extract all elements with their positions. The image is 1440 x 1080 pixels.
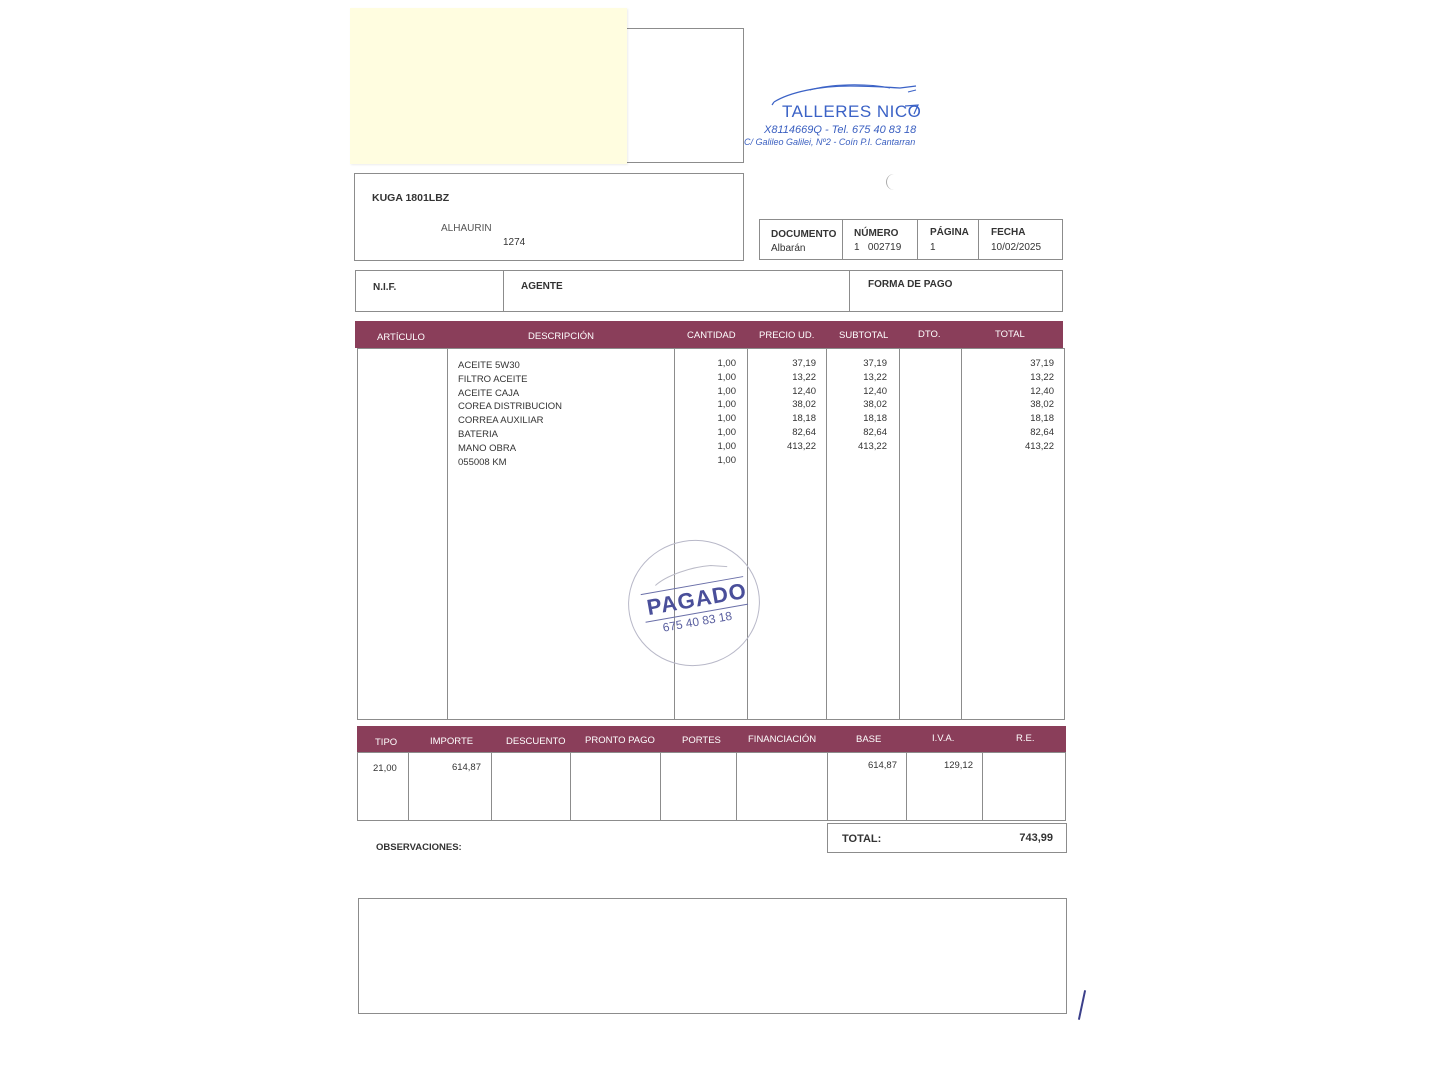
table-row: 055008 KM1,00 — [358, 455, 1064, 468]
total-label: TOTAL: — [842, 833, 881, 845]
cell-descripcion: ACEITE 5W30 — [458, 360, 658, 371]
cell-subtotal: 38,02 — [826, 399, 887, 410]
tax-table-body: 21,00 614,87 614,87 129,12 — [357, 752, 1066, 821]
cell-subtotal: 13,22 — [826, 372, 887, 383]
cell-total: 13,22 — [961, 372, 1054, 383]
col-articulo: ARTÍCULO — [377, 332, 425, 343]
pen-stroke — [1078, 990, 1086, 1020]
cell-precio: 37,19 — [747, 358, 816, 369]
observaciones-label: OBSERVACIONES: — [376, 842, 462, 853]
total-box: TOTAL: 743,99 — [827, 823, 1067, 853]
col-subtotal: SUBTOTAL — [839, 330, 888, 341]
table-row: ACEITE CAJA1,0012,4012,4012,40 — [358, 386, 1064, 399]
cell-subtotal: 82,64 — [826, 427, 887, 438]
table-row: BATERIA1,0082,6482,6482,64 — [358, 427, 1064, 440]
cell-descripcion: BATERIA — [458, 429, 658, 440]
documento-label: DOCUMENTO — [771, 229, 836, 240]
fecha-value: 10/02/2025 — [991, 242, 1041, 253]
cell-total: 37,19 — [961, 358, 1054, 369]
table-row: CORREA AUXILIAR1,0018,1818,1818,18 — [358, 413, 1064, 426]
cell-precio: 13,22 — [747, 372, 816, 383]
tax-importe: 614,87 — [418, 762, 481, 773]
cell-subtotal: 37,19 — [826, 358, 887, 369]
cell-total: 82,64 — [961, 427, 1054, 438]
numero-value: 1 002719 — [854, 242, 901, 253]
client-vehicle: KUGA 1801LBZ — [372, 192, 449, 204]
cell-total: 38,02 — [961, 399, 1054, 410]
company-tax-phone: X8114669Q - Tel. 675 40 83 18 — [764, 124, 916, 136]
cell-subtotal: 18,18 — [826, 413, 887, 424]
table-row: COREA DISTRIBUCION1,0038,0238,0238,02 — [358, 399, 1064, 412]
cell-cantidad: 1,00 — [674, 399, 736, 410]
company-name: TALLERES NICO — [782, 102, 921, 122]
cell-descripcion: FILTRO ACEITE — [458, 374, 658, 385]
client-code: 1274 — [503, 237, 525, 248]
cell-precio: 12,40 — [747, 386, 816, 397]
fecha-label: FECHA — [991, 227, 1025, 238]
cell-cantidad: 1,00 — [674, 441, 736, 452]
observaciones-box — [358, 898, 1067, 1014]
cell-cantidad: 1,00 — [674, 455, 736, 466]
cell-descripcion: MANO OBRA — [458, 443, 658, 454]
cell-cantidad: 1,00 — [674, 372, 736, 383]
table-row: MANO OBRA1,00413,22413,22413,22 — [358, 441, 1064, 454]
tax-tipo: 21,00 — [373, 763, 397, 774]
cell-precio: 18,18 — [747, 413, 816, 424]
company-address: C/ Galileo Galilei, Nº2 - Coín P.I. Cant… — [744, 137, 915, 147]
pen-mark — [886, 174, 895, 190]
col-descripcion: DESCRIPCIÓN — [528, 331, 594, 342]
tax-table-header: TIPO IMPORTE DESCUENTO PRONTO PAGO PORTE… — [357, 726, 1066, 752]
col-iva: I.V.A. — [932, 733, 954, 744]
col-precio: PRECIO UD. — [759, 330, 814, 341]
company-logo: TALLERES NICO X8114669Q - Tel. 675 40 83… — [744, 74, 944, 154]
col-financiacion: FINANCIACIÓN — [748, 734, 816, 745]
cell-precio: 38,02 — [747, 399, 816, 410]
cell-descripcion: CORREA AUXILIAR — [458, 415, 658, 426]
pagina-value: 1 — [930, 242, 936, 253]
pagina-label: PÁGINA — [930, 227, 969, 238]
cell-descripcion: 055008 KM — [458, 457, 658, 468]
col-base: BASE — [856, 734, 881, 745]
col-re: R.E. — [1016, 733, 1034, 744]
col-tipo: TIPO — [375, 737, 397, 748]
cell-total: 12,40 — [961, 386, 1054, 397]
sticky-note — [350, 8, 627, 164]
table-row: FILTRO ACEITE1,0013,2213,2213,22 — [358, 372, 1064, 385]
numero-label: NÚMERO — [854, 228, 898, 239]
tax-base: 614,87 — [833, 760, 897, 771]
col-total: TOTAL — [995, 329, 1025, 340]
cell-subtotal: 12,40 — [826, 386, 887, 397]
col-importe: IMPORTE — [430, 736, 473, 747]
total-value: 743,99 — [1019, 832, 1053, 844]
cell-cantidad: 1,00 — [674, 386, 736, 397]
cell-cantidad: 1,00 — [674, 358, 736, 369]
forma-pago-label: FORMA DE PAGO — [868, 279, 952, 290]
cell-descripcion: COREA DISTRIBUCION — [458, 401, 658, 412]
tax-iva: 129,12 — [913, 760, 973, 771]
cell-descripcion: ACEITE CAJA — [458, 388, 658, 399]
cell-total: 413,22 — [961, 441, 1054, 452]
lines-table-body: ACEITE 5W301,0037,1937,1937,19FILTRO ACE… — [357, 348, 1065, 720]
col-dto: DTO. — [918, 329, 941, 340]
nif-label: N.I.F. — [373, 282, 396, 293]
swoosh-icon — [904, 104, 920, 116]
client-box: KUGA 1801LBZ ALHAURIN 1274 — [354, 173, 744, 261]
col-descuento: DESCUENTO — [506, 736, 565, 747]
col-pronto-pago: PRONTO PAGO — [585, 735, 655, 746]
table-row: ACEITE 5W301,0037,1937,1937,19 — [358, 358, 1064, 371]
col-cantidad: CANTIDAD — [687, 330, 736, 341]
client-city: ALHAURIN — [441, 223, 492, 234]
cell-cantidad: 1,00 — [674, 427, 736, 438]
cell-cantidad: 1,00 — [674, 413, 736, 424]
col-portes: PORTES — [682, 735, 721, 746]
cell-precio: 413,22 — [747, 441, 816, 452]
agente-label: AGENTE — [521, 281, 563, 292]
documento-value: Albarán — [771, 243, 805, 254]
cell-subtotal: 413,22 — [826, 441, 887, 452]
meta-box: N.I.F. AGENTE FORMA DE PAGO — [355, 270, 1063, 312]
cell-total: 18,18 — [961, 413, 1054, 424]
cell-precio: 82,64 — [747, 427, 816, 438]
lines-table-header: ARTÍCULO DESCRIPCIÓN CANTIDAD PRECIO UD.… — [355, 321, 1063, 348]
document-info-box: DOCUMENTO Albarán NÚMERO 1 002719 PÁGINA… — [759, 219, 1063, 260]
